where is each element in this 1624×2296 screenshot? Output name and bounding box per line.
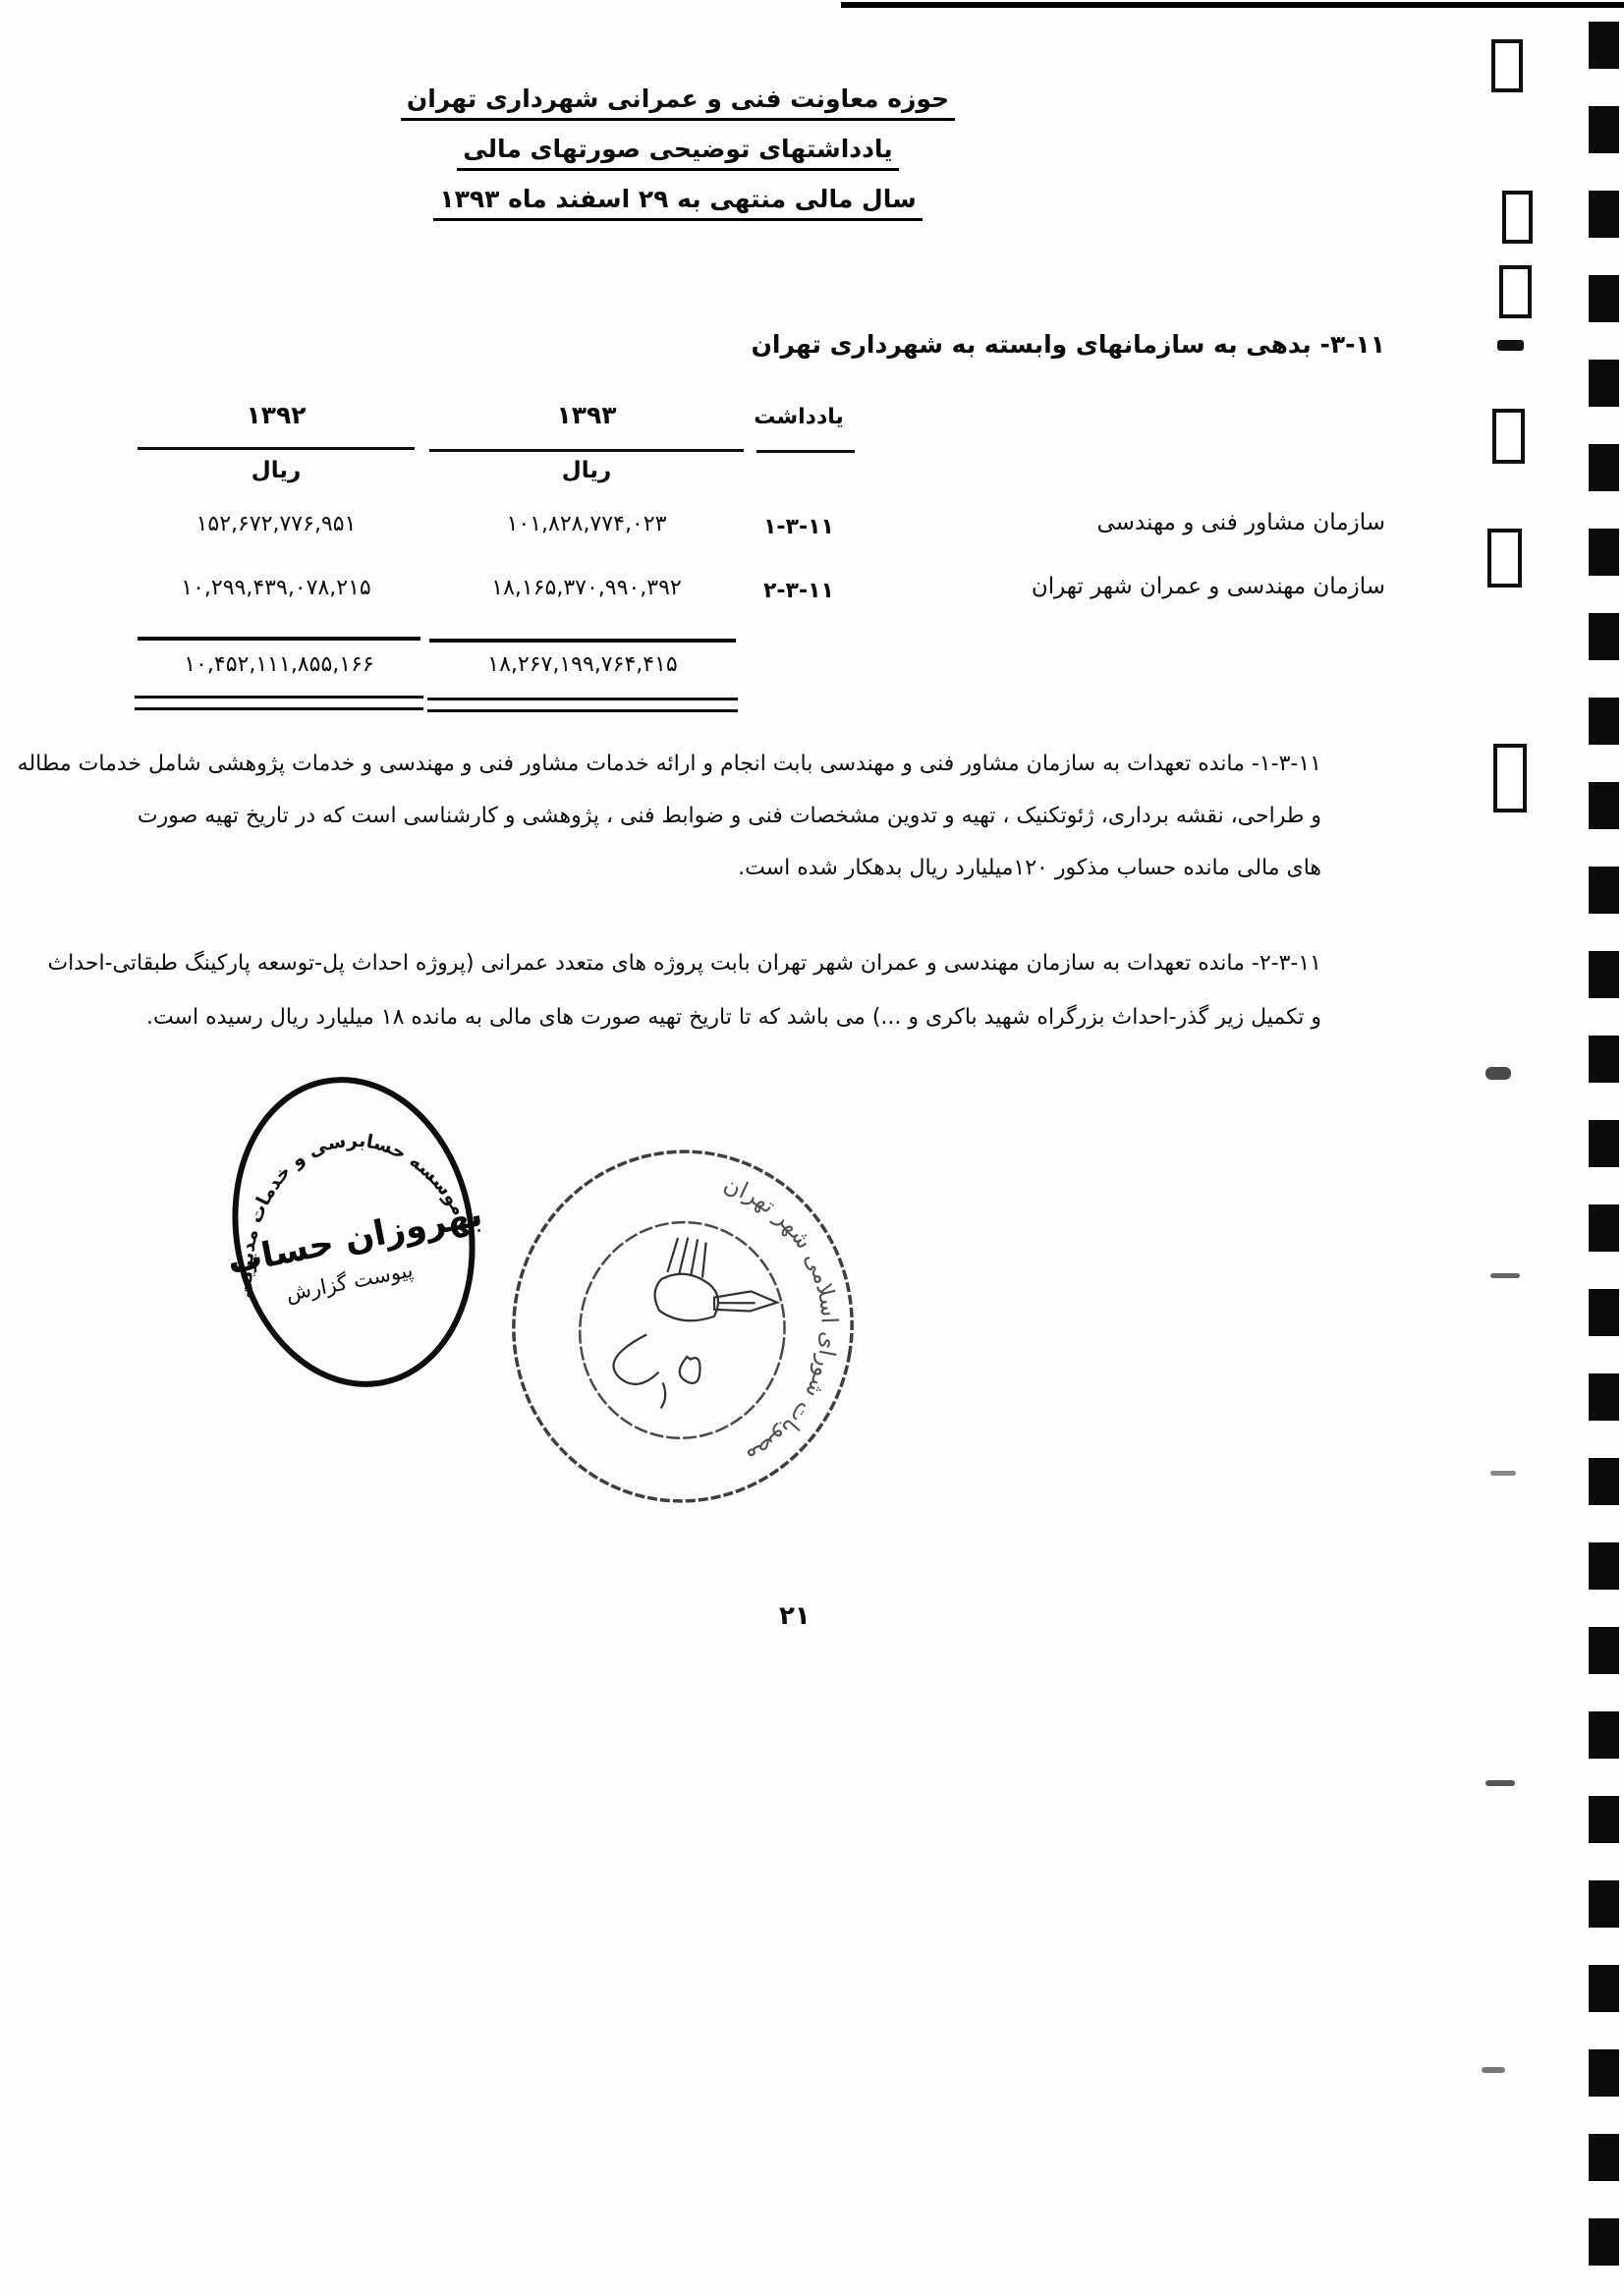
double-rule-1393 bbox=[427, 698, 738, 712]
auditor-stamp-border bbox=[209, 1059, 497, 1405]
note-1-line-2: و طراحی، نقشه برداری، ژئوتکنیک ، تهیه و … bbox=[138, 802, 1321, 831]
binder-mark-dash bbox=[1497, 340, 1524, 351]
binder-hole-outline bbox=[1492, 409, 1525, 464]
binder-mark-dash bbox=[1482, 2067, 1505, 2073]
binder-mark-dash bbox=[1490, 1471, 1516, 1476]
column-rule-note bbox=[756, 450, 855, 453]
year-1392-column-header: ۱۳۹۲ bbox=[138, 401, 415, 429]
total-amount-1392: ۱۰,۴۵۲,۱۱۱,۸۵۵,۱۶۶ bbox=[138, 652, 420, 677]
column-rule-1393 bbox=[429, 449, 744, 452]
section-heading: ۳-۱۱- بدهی به سازمانهای وابسته به شهردار… bbox=[752, 330, 1385, 359]
report-header: حوزه معاونت فنی و عمرانی شهرداری تهران ی… bbox=[334, 84, 1022, 235]
binder-hole-outline bbox=[1493, 744, 1527, 812]
council-stamp-signature bbox=[608, 1229, 785, 1424]
auditor-stamp-name: بهروزان حساب bbox=[224, 1195, 485, 1282]
total-rule-1392 bbox=[138, 637, 420, 641]
header-doc-title: یادداشتهای توضیحی صورتهای مالی bbox=[334, 135, 1022, 171]
council-stamp-inner-ring bbox=[564, 1207, 800, 1453]
note-2-line-2: و تکمیل زیر گذر-احداث بزرگراه شهید باکری… bbox=[146, 1003, 1321, 1033]
binder-hole-outline bbox=[1491, 39, 1523, 92]
svg-text:مصوبات شورای اسلامی شهر تهران: مصوبات شورای اسلامی شهر تهران bbox=[679, 1171, 865, 1480]
double-rule-1392 bbox=[135, 696, 423, 710]
binder-marks-column bbox=[1589, 22, 1619, 2271]
amount-1392-row2: ۱۰,۲۹۹,۴۳۹,۰۷۸,۲۱۵ bbox=[138, 576, 415, 600]
note-1-line-3: های مالی مانده حساب مذکور ۱۲۰میلیارد ریا… bbox=[738, 854, 1321, 883]
auditor-stamp-arc-text: موسسه حسابرسی و خدمات مدیریت bbox=[208, 1109, 479, 1302]
document-page: حوزه معاونت فنی و عمرانی شهرداری تهران ی… bbox=[0, 0, 1624, 2296]
auditor-stamp: موسسه حسابرسی و خدمات مدیریت بهروزان حسا… bbox=[185, 1039, 523, 1425]
header-fiscal-year: سال مالی منتهی به ۲۹ اسفند ماه ۱۳۹۳ bbox=[334, 185, 1022, 221]
scan-top-edge-line bbox=[841, 2, 1624, 8]
binder-mark-dash bbox=[1490, 1273, 1520, 1278]
binder-mark-dash bbox=[1485, 1780, 1515, 1786]
amount-1392-row1: ۱۵۲,۶۷۲,۷۷۶,۹۵۱ bbox=[138, 512, 415, 536]
binder-mark-dash bbox=[1485, 1067, 1511, 1080]
amount-1393-row2: ۱۸,۱۶۵,۳۷۰,۹۹۰,۳۹۲ bbox=[429, 576, 744, 600]
rial-unit-label-1393: ریال bbox=[429, 458, 744, 483]
binder-hole-outline bbox=[1502, 191, 1533, 244]
note-column-header: یادداشت bbox=[735, 405, 863, 429]
row-label-consulting-org: سازمان مشاور فنی و مهندسی bbox=[1097, 510, 1386, 535]
council-stamp-outer-ring bbox=[488, 1127, 876, 1525]
total-rule-1393 bbox=[429, 639, 736, 643]
header-org-title: حوزه معاونت فنی و عمرانی شهرداری تهران bbox=[334, 84, 1022, 121]
note-2-line-1: ۲-۳-۱۱- مانده تعهدات به سازمان مهندسی و … bbox=[47, 949, 1321, 979]
page-number: ۲۱ bbox=[779, 1601, 811, 1631]
note-ref-row1: ۱-۳-۱۱ bbox=[735, 515, 863, 539]
auditor-stamp-subtitle: پیوست گزارش bbox=[284, 1258, 415, 1306]
year-1393-column-header: ۱۳۹۳ bbox=[429, 401, 744, 429]
binder-hole-outline bbox=[1499, 265, 1532, 318]
total-amount-1393: ۱۸,۲۶۷,۱۹۹,۷۶۴,۴۱۵ bbox=[429, 652, 736, 677]
amount-1393-row1: ۱۰۱,۸۲۸,۷۷۴,۰۲۳ bbox=[429, 512, 744, 536]
rial-unit-label-1392: ریال bbox=[138, 458, 415, 483]
column-rule-1392 bbox=[138, 447, 415, 450]
council-stamp: مصوبات شورای اسلامی شهر تهران bbox=[472, 1111, 893, 1541]
row-label-engineering-org: سازمان مهندسی و عمران شهر تهران bbox=[1032, 574, 1385, 599]
council-stamp-ring-text: مصوبات شورای اسلامی شهر تهران bbox=[679, 1171, 865, 1480]
note-ref-row2: ۲-۳-۱۱ bbox=[735, 579, 863, 603]
binder-hole-outline bbox=[1487, 529, 1522, 588]
note-1-line-1: ۱-۳-۱۱- مانده تعهدات به سازمان مشاور فنی… bbox=[18, 750, 1321, 779]
svg-text:موسسه حسابرسی و خدمات مدیریت: موسسه حسابرسی و خدمات مدیریت bbox=[208, 1109, 479, 1302]
